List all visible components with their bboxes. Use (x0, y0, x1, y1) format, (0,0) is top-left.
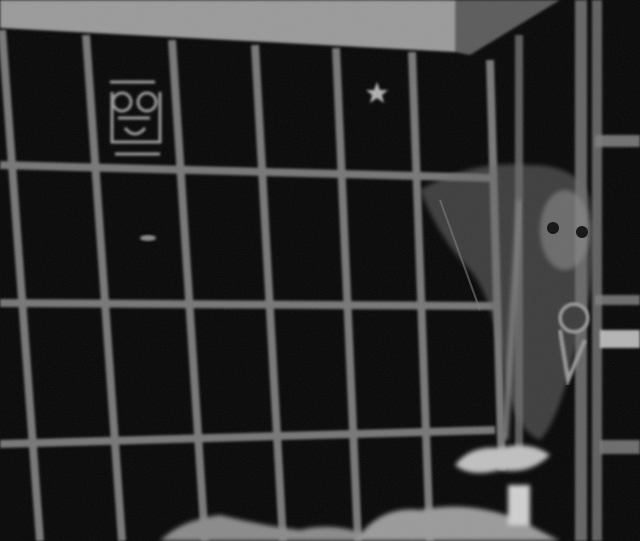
photo-scene (0, 0, 640, 541)
scene-illustration (0, 0, 640, 541)
